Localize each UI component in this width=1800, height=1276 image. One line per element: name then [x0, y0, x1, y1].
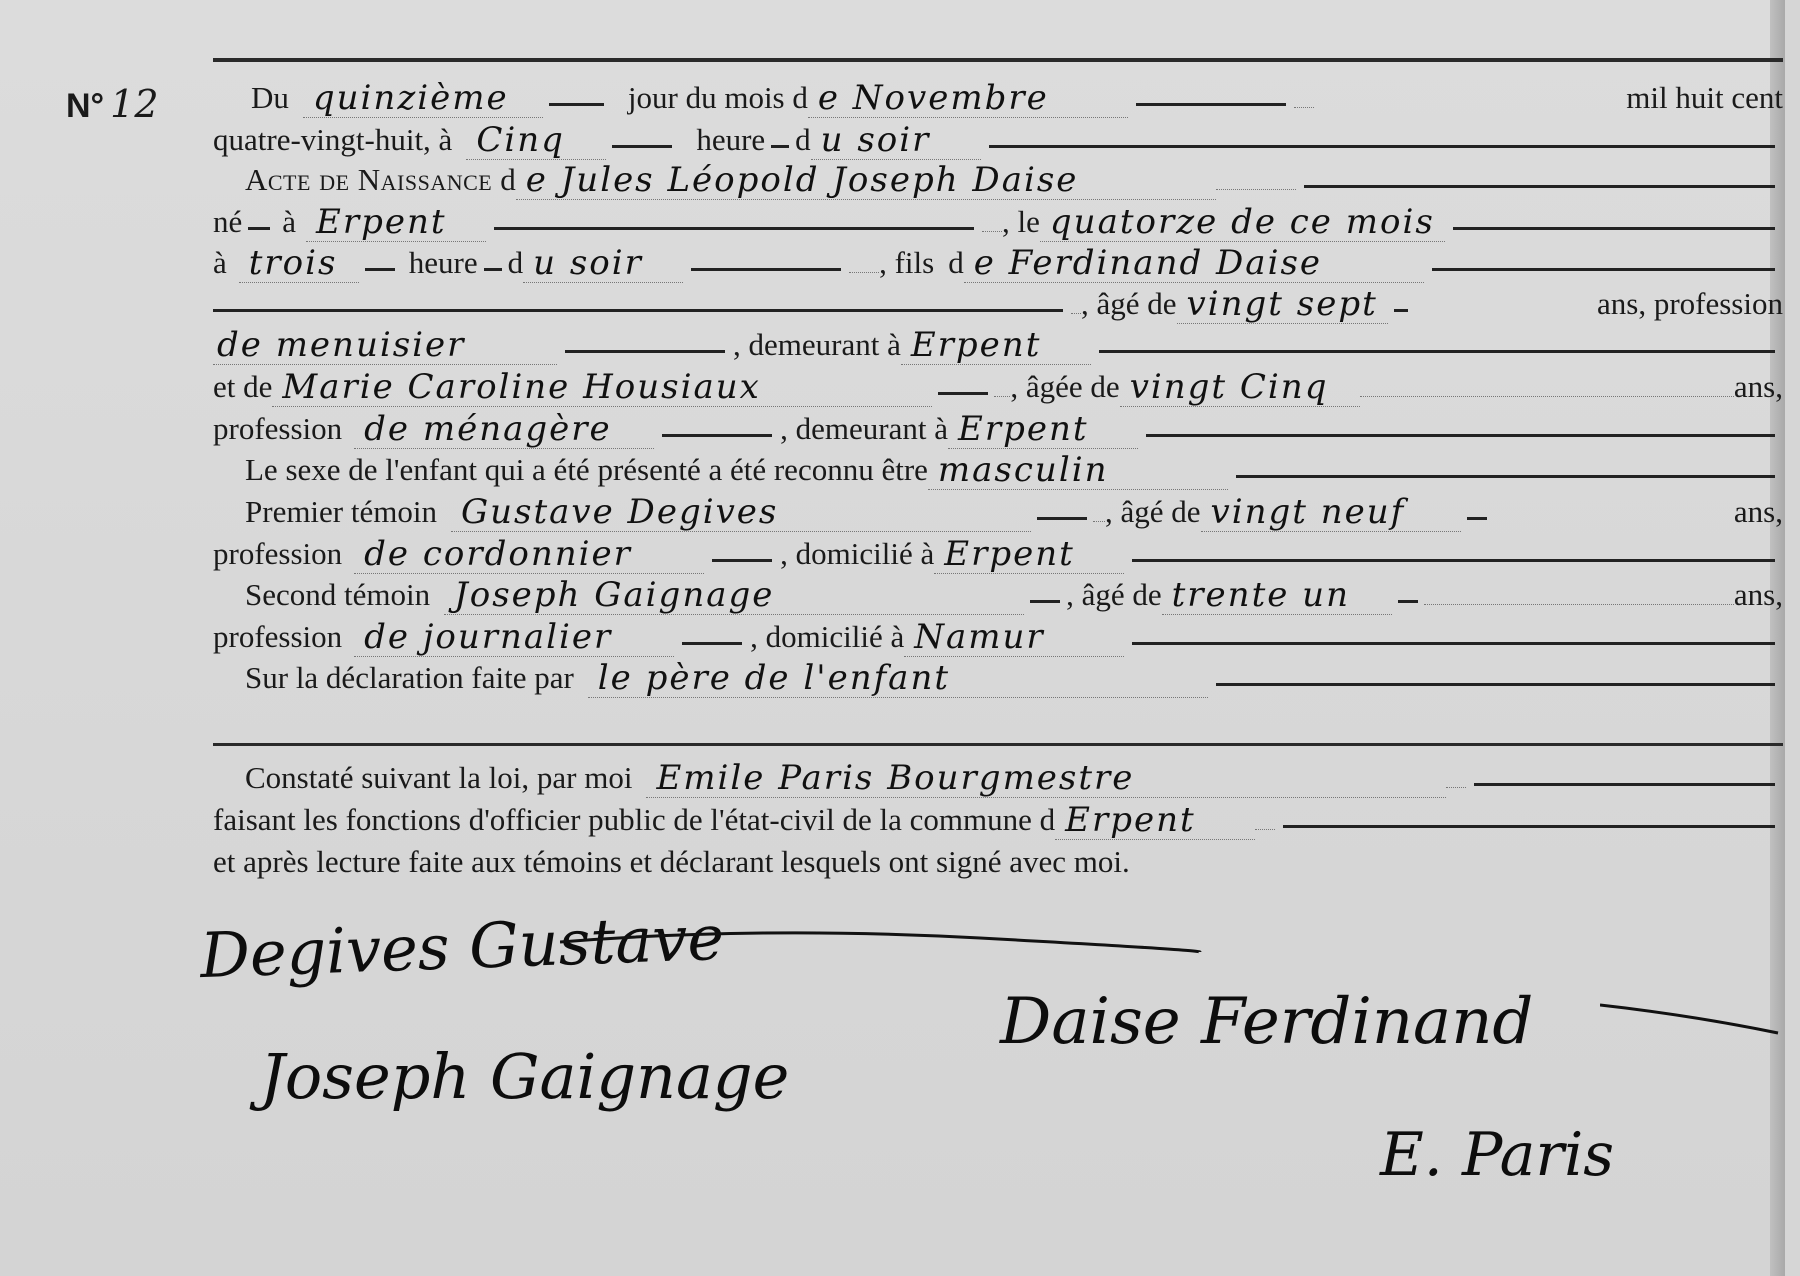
label-d: d — [500, 160, 516, 200]
section-rule — [213, 743, 1783, 746]
field-mother-name: Marie Caroline Housiaux — [272, 368, 932, 407]
fill-line — [213, 309, 1063, 312]
line-mother-profession: profession de ménagère , demeurant à Erp… — [213, 409, 1783, 449]
field-witness2-name: Joseph Gaignage — [444, 576, 1024, 615]
label-et-de: et de — [213, 367, 272, 407]
dots — [1255, 829, 1275, 830]
dash — [771, 145, 789, 148]
line-birthplace: né à Erpent , le quatorze de ce mois — [213, 202, 1783, 242]
fill-line — [662, 434, 772, 437]
field-period: u soir — [523, 244, 683, 283]
dots — [982, 231, 1002, 232]
line-declarant: Sur la déclaration faite par le père de … — [213, 658, 1783, 698]
label-lecture: et après lecture faite aux témoins et dé… — [213, 842, 1130, 882]
fill-line — [1132, 559, 1775, 562]
fill-line — [565, 350, 725, 353]
signature-flourish — [560, 920, 1210, 960]
dash — [248, 227, 270, 230]
fill-line — [1432, 268, 1775, 271]
field-witness1-age: vingt neuf — [1201, 493, 1461, 532]
fill-line — [494, 227, 974, 230]
fill-line — [1136, 103, 1286, 106]
line-mother: et de Marie Caroline Housiaux , âgée de … — [213, 367, 1783, 407]
line-witness2-profession: profession de journalier , domicilié à N… — [213, 617, 1783, 657]
label-ans: ans, — [1734, 575, 1783, 615]
dash — [1030, 600, 1060, 603]
fill-line — [1099, 350, 1775, 353]
label-age: , âgé de — [1081, 284, 1177, 324]
fill-line — [1474, 783, 1775, 786]
label-d: d — [948, 243, 964, 283]
signature-gaignage: Joseph Gaignage — [260, 1040, 789, 1113]
label-du: Du — [251, 78, 289, 118]
label-ne: né — [213, 202, 242, 242]
field-hour: Cinq — [466, 121, 606, 160]
line-child: Acte de Naissance d e Jules Léopold Jose… — [213, 160, 1783, 200]
label-faisant: faisant les fonctions d'officier public … — [213, 800, 1055, 840]
field-mother-profession: de ménagère — [354, 410, 654, 449]
fill-line — [989, 145, 1775, 148]
label-second-temoin: Second témoin — [245, 575, 430, 615]
label-age: , âgée de — [1010, 367, 1119, 407]
register-page: N°12 Du quinzième jour du mois d e Novem… — [0, 0, 1785, 1276]
field-witness2-residence: Namur — [904, 618, 1124, 657]
field-father-age: vingt sept — [1177, 285, 1388, 324]
dots — [1446, 787, 1466, 788]
field-mother-residence: Erpent — [948, 410, 1138, 449]
label-sexe: Le sexe de l'enfant qui a été présenté a… — [245, 450, 928, 490]
field-sex: masculin — [928, 451, 1228, 490]
field-day: quinzième — [303, 79, 543, 118]
field-commune: Erpent — [1055, 801, 1255, 840]
label-year: mil huit cent — [1626, 78, 1783, 118]
fill-line — [1236, 475, 1775, 478]
dots — [1071, 313, 1081, 314]
label-age: , âgé de — [1105, 492, 1201, 532]
line-officer: Constaté suivant la loi, par moi Emile P… — [213, 758, 1783, 798]
label-domicilie: , domicilié à — [750, 617, 904, 657]
label-premier-temoin: Premier témoin — [245, 492, 437, 532]
fill-line — [682, 642, 742, 645]
label-year-rest: quatre-vingt-huit, à — [213, 120, 452, 160]
dash — [365, 268, 395, 271]
label-profession: profession — [213, 534, 342, 574]
line-witness1-profession: profession de cordonnier , domicilié à E… — [213, 534, 1783, 574]
label-ans: ans, — [1734, 492, 1783, 532]
field-witness1-name: Gustave Degives — [451, 493, 1031, 532]
field-father-name: e Ferdinand Daise — [964, 244, 1424, 283]
fill-line — [1216, 683, 1775, 686]
fill-line — [1453, 227, 1775, 230]
field-birthdate: quatorze de ce mois — [1040, 203, 1445, 242]
label-profession: profession — [213, 617, 342, 657]
line-hour: quatre-vingt-huit, à Cinq heure d u soir — [213, 120, 1783, 160]
signature-flourish — [1600, 995, 1780, 1045]
field-declarant: le père de l'enfant — [588, 659, 1208, 698]
fill-line — [1283, 825, 1775, 828]
field-officer: Emile Paris Bourgmestre — [646, 759, 1446, 798]
field-witness2-profession: de journalier — [354, 618, 674, 657]
label-ans-profession: ans, profession — [1597, 284, 1783, 324]
label-d: d — [795, 120, 811, 160]
field-birth-hour: trois — [239, 244, 359, 283]
dots — [849, 272, 879, 273]
line-sex: Le sexe de l'enfant qui a été présenté a… — [213, 450, 1783, 490]
dots — [1424, 604, 1734, 605]
top-rule — [213, 58, 1783, 62]
label-jour: jour du mois d — [628, 78, 808, 118]
fill-line — [691, 268, 841, 271]
line-father-age: , âgé de vingt sept ans, profession — [213, 284, 1783, 324]
field-witness2-age: trente un — [1162, 576, 1392, 615]
number-label: N° — [66, 87, 104, 125]
line-lecture: et après lecture faite aux témoins et dé… — [213, 842, 1783, 882]
label-domicilie: , domicilié à — [780, 534, 934, 574]
field-mother-age: vingt Cinq — [1120, 368, 1360, 407]
field-child-name: e Jules Léopold Joseph Daise — [516, 161, 1216, 200]
record-number: N°12 — [66, 82, 159, 126]
label-le: , le — [1002, 202, 1040, 242]
dots — [1360, 396, 1734, 397]
line-birthhour-father: à trois heure d u soir , fils d e Ferdin… — [213, 243, 1783, 283]
label-demeurant: , demeurant à — [780, 409, 948, 449]
number-value: 12 — [110, 82, 158, 126]
line-witness1: Premier témoin Gustave Degives , âgé de … — [213, 492, 1783, 532]
line-commune: faisant les fonctions d'officier public … — [213, 800, 1783, 840]
label-declaration: Sur la déclaration faite par — [245, 658, 574, 698]
line-date: Du quinzième jour du mois d e Novembre m… — [213, 78, 1783, 118]
dots — [994, 396, 1010, 397]
field-witness1-profession: de cordonnier — [354, 535, 704, 574]
dots — [1294, 107, 1314, 108]
signature-paris: E. Paris — [1380, 1120, 1614, 1190]
line-witness2: Second témoin Joseph Gaignage , âgé de t… — [213, 575, 1783, 615]
fill-line — [1146, 434, 1775, 437]
fill-line — [1304, 185, 1775, 188]
line-father-profession: de menuisier , demeurant à Erpent — [213, 325, 1783, 365]
dash — [612, 145, 672, 148]
field-birthplace: Erpent — [306, 203, 486, 242]
label-d: d — [508, 243, 524, 283]
dash — [1467, 517, 1487, 520]
field-father-residence: Erpent — [901, 326, 1091, 365]
label-ans: ans, — [1734, 367, 1783, 407]
dots — [1093, 521, 1105, 522]
label-a: à — [282, 202, 296, 242]
field-father-profession: de menuisier — [213, 326, 557, 365]
field-month: e Novembre — [808, 79, 1128, 118]
label-constate: Constaté suivant la loi, par moi — [245, 758, 632, 798]
dash — [549, 103, 604, 106]
dots — [1216, 189, 1296, 190]
label-profession: profession — [213, 409, 342, 449]
label-demeurant: , demeurant à — [733, 325, 901, 365]
dash — [1037, 517, 1087, 520]
dash — [484, 268, 502, 271]
label-heure: heure — [696, 120, 765, 160]
dash — [938, 392, 988, 395]
field-period: u soir — [811, 121, 981, 160]
label-heure: heure — [409, 243, 478, 283]
label-a: à — [213, 243, 227, 283]
field-witness1-residence: Erpent — [934, 535, 1124, 574]
signature-daise: Daise Ferdinand — [1000, 985, 1533, 1059]
label-acte: Acte de Naissance — [245, 160, 492, 200]
dash — [1398, 600, 1418, 603]
fill-line — [1132, 642, 1775, 645]
dash — [1394, 309, 1408, 312]
label-age: , âgé de — [1066, 575, 1162, 615]
label-fils: , fils — [879, 243, 934, 283]
fill-line — [712, 559, 772, 562]
